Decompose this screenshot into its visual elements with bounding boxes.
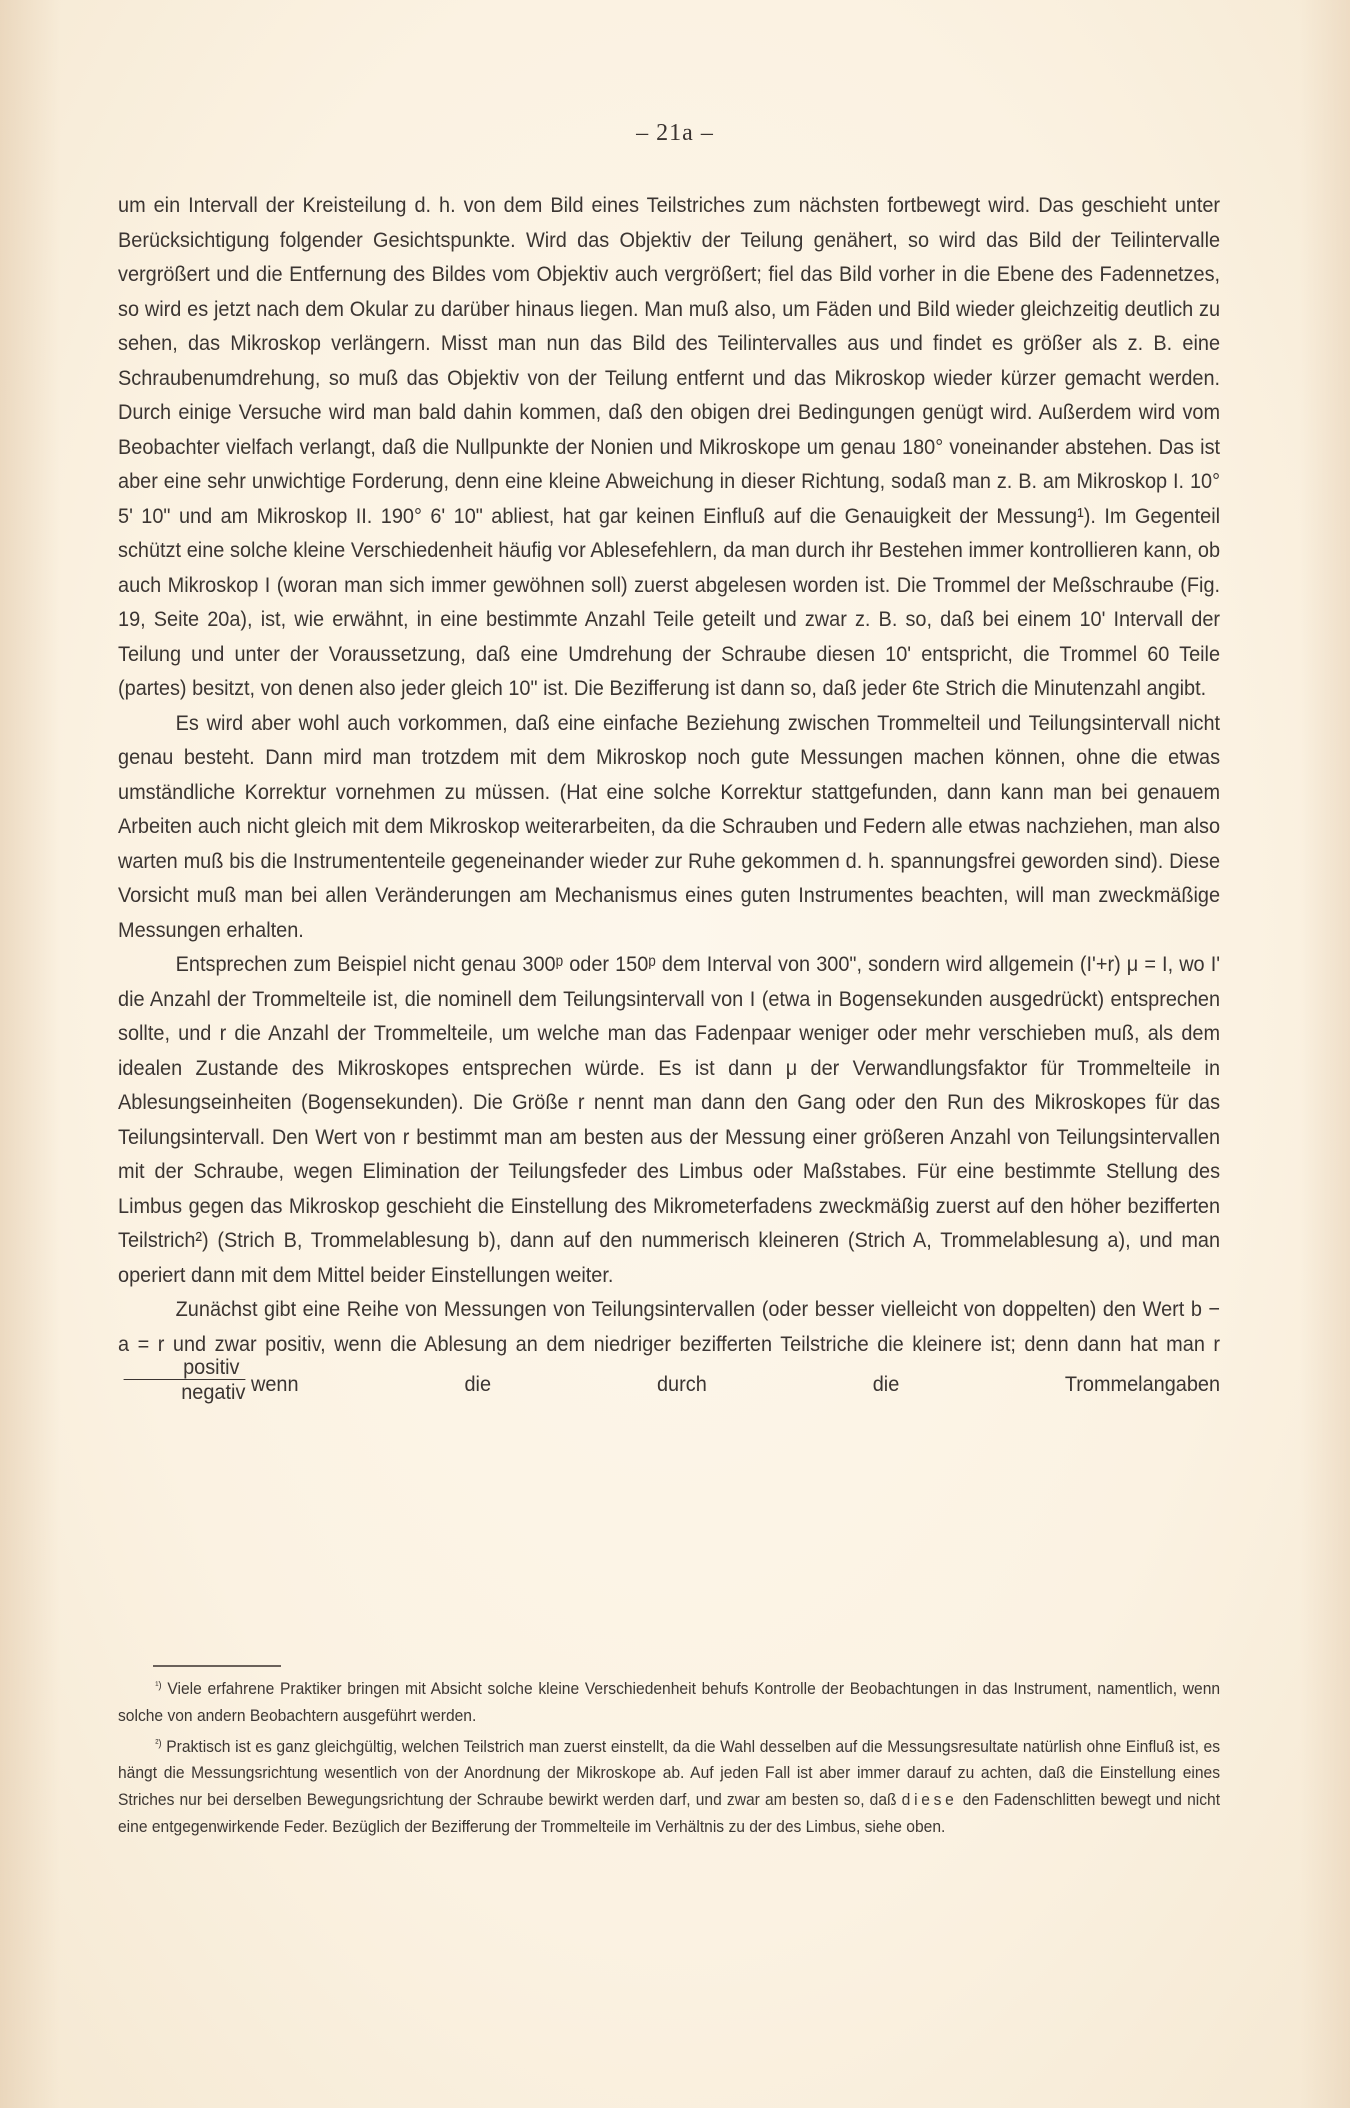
fraction-positiv-negativ: positivnegativ <box>124 1355 246 1404</box>
page-number: – 21a – <box>0 120 1350 147</box>
paragraph: um ein Intervall der Kreisteilung d. h. … <box>118 188 1220 706</box>
paragraph: Es wird aber wohl auch vorkommen, daß ei… <box>118 706 1220 948</box>
footnote-marker: ¹) <box>155 1680 161 1691</box>
paragraph-text-before-fraction: Zunächst gibt eine Reihe von Messungen v… <box>118 1297 1220 1356</box>
footnotes: ¹) Viele erfahrene Praktiker bringen mit… <box>118 1676 1220 1841</box>
footnote-separator <box>153 1665 281 1667</box>
footnote-text: Viele erfahrene Praktiker bringen mit Ab… <box>118 1679 1220 1725</box>
fraction-numerator: positiv <box>124 1355 246 1380</box>
footnote-2: ²) Praktisch ist es ganz gleichgültig, w… <box>118 1734 1220 1841</box>
footnote-1: ¹) Viele erfahrene Praktiker bringen mit… <box>118 1676 1220 1730</box>
scanned-book-page: – 21a – um ein Intervall der Kreisteilun… <box>0 0 1350 2108</box>
paragraph-text-after-fraction: wenn die durch die Trommelangaben <box>251 1372 1220 1396</box>
main-text: um ein Intervall der Kreisteilung d. h. … <box>118 188 1220 1410</box>
paragraph-with-fraction: Zunächst gibt eine Reihe von Messungen v… <box>118 1292 1220 1410</box>
paragraph: Entsprechen zum Beispiel nicht genau 300… <box>118 947 1220 1292</box>
footnote-marker: ²) <box>155 1738 161 1749</box>
fraction-denominator: negativ <box>124 1380 246 1404</box>
emphasized-word: diese <box>902 1790 958 1809</box>
